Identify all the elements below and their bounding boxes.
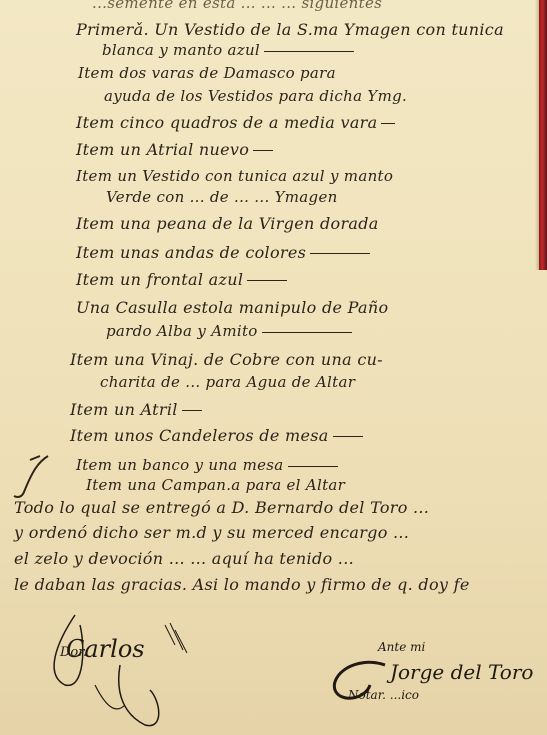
line-text: Item unos Candeleros de mesa — [70, 426, 329, 445]
manuscript-line-23: le daban las gracias. Asi lo mando y fir… — [14, 575, 470, 594]
manuscript-line-6: Item un Atrial nuevo — [76, 140, 273, 159]
manuscript-line-22: el zelo y devoción ... ... aquí ha tenid… — [14, 549, 354, 568]
manuscript-line-7: Item un Vestido con tunica azul y manto — [76, 167, 393, 185]
book-edge-red-border — [539, 0, 547, 270]
signature-right-name: Jorge del Toro — [390, 660, 533, 684]
line-filler-dash — [264, 51, 354, 52]
manuscript-line-20: Todo lo qual se entregó a D. Bernardo de… — [14, 498, 429, 517]
line-filler-dash — [310, 253, 370, 254]
manuscript-line-14: Item una Vinaj. de Cobre con una cu- — [70, 350, 383, 369]
line-text: Item cinco quadros de a media vara — [76, 113, 377, 132]
manuscript-line-13: pardo Alba y Amito — [106, 322, 352, 340]
line-filler-dash — [253, 150, 273, 151]
manuscript-line-11: Item un frontal azul — [76, 270, 287, 289]
paragraph-mark-flourish-icon — [10, 452, 60, 502]
manuscript-line-2: blanca y manto azul — [102, 41, 354, 59]
manuscript-line-18: Item un banco y una mesa — [76, 456, 338, 474]
manuscript-line-8: Verde con ... de ... ... Ymagen — [106, 188, 338, 206]
manuscript-line-3: Item dos varas de Damasco para — [78, 64, 336, 82]
manuscript-line-19: Item una Campan.a para el Altar — [86, 476, 345, 494]
manuscript-line-10: Item unas andas de colores — [76, 243, 370, 262]
line-filler-dash — [381, 123, 395, 124]
manuscript-line-5: Item cinco quadros de a media vara — [76, 113, 395, 132]
line-text: pardo Alba y Amito — [106, 322, 258, 340]
line-filler-dash — [262, 332, 352, 333]
line-text: blanca y manto azul — [102, 41, 260, 59]
manuscript-line-12: Una Casulla estola manipulo de Paño — [76, 298, 388, 317]
line-filler-dash — [288, 466, 338, 467]
signature-left-rubric-icon — [25, 605, 195, 735]
manuscript-line-15: charita de ... para Agua de Altar — [100, 373, 355, 391]
line-text: Item un Atrial nuevo — [76, 140, 249, 159]
line-text: Item un frontal azul — [76, 270, 243, 289]
manuscript-line-0: ...semente en esta ... ... ... siguiente… — [92, 0, 382, 12]
line-filler-dash — [247, 280, 287, 281]
line-text: Item un banco y una mesa — [76, 456, 284, 474]
manuscript-line-21: y ordenó dicho ser m.d y su merced encar… — [14, 523, 409, 542]
signature-right-rubric-icon — [325, 655, 405, 710]
line-text: Item unas andas de colores — [76, 243, 306, 262]
line-filler-dash — [182, 410, 202, 411]
manuscript-line-4: ayuda de los Vestidos para dicha Ymg. — [104, 87, 407, 105]
manuscript-page: ...semente en esta ... ... ... siguiente… — [0, 0, 547, 735]
manuscript-line-9: Item una peana de la Virgen dorada — [76, 214, 379, 233]
manuscript-line-16: Item un Atril — [70, 400, 202, 419]
manuscript-line-17: Item unos Candeleros de mesa — [70, 426, 363, 445]
manuscript-line-1: Primerǎ. Un Vestido de la S.ma Ymagen co… — [76, 20, 504, 39]
line-filler-dash — [333, 436, 363, 437]
signature-right-label: Ante mi — [378, 640, 425, 654]
line-text: Item un Atril — [70, 400, 178, 419]
